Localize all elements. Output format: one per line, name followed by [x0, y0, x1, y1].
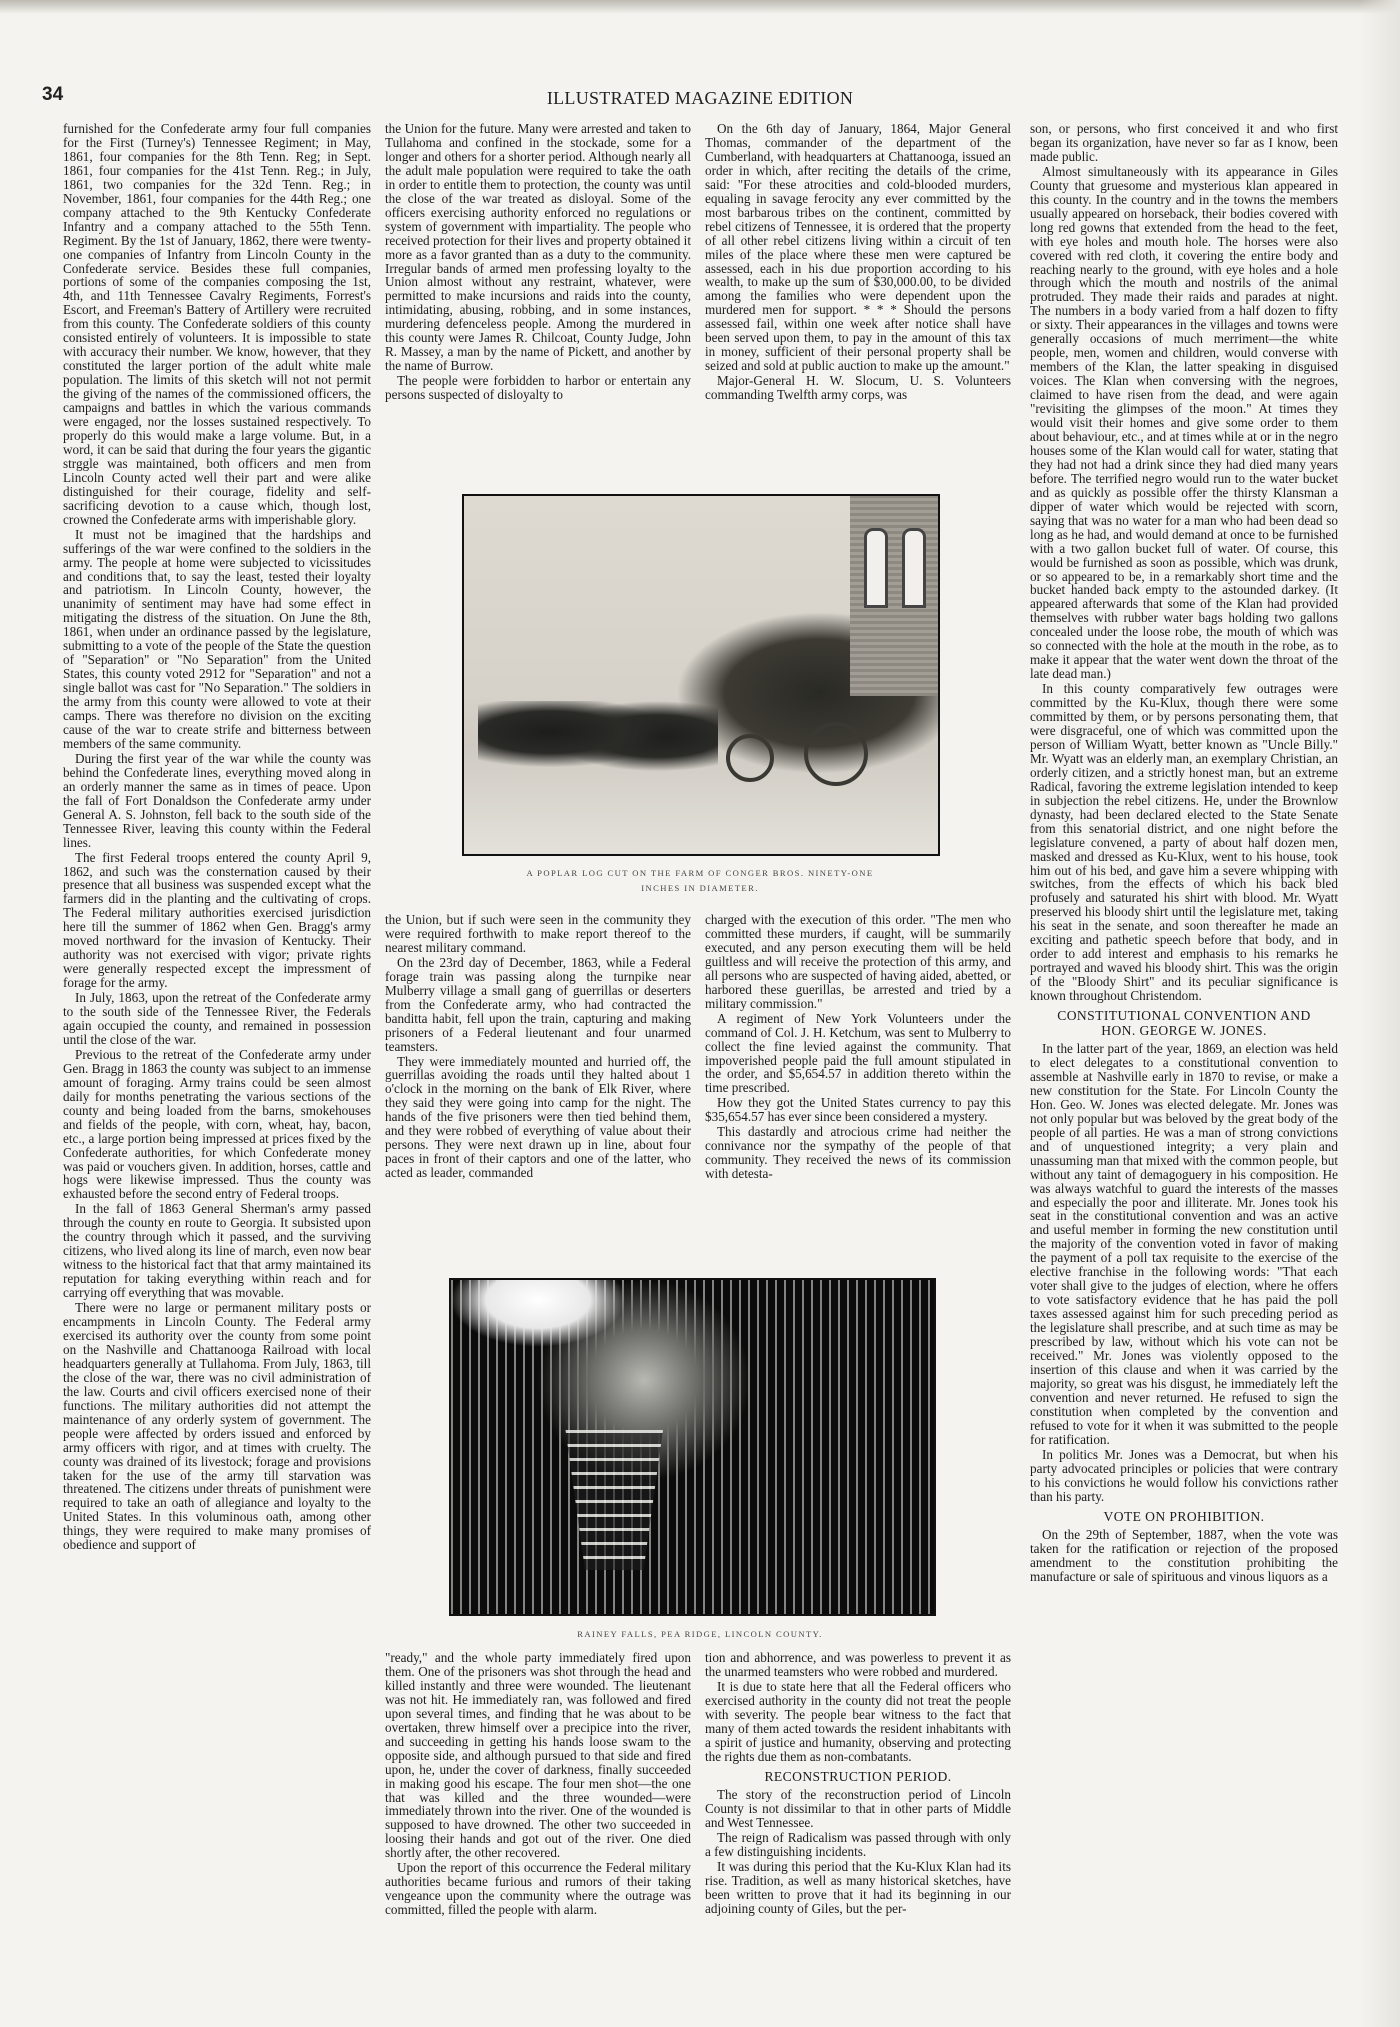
paragraph: Previous to the retreat of the Confedera… [63, 1048, 371, 1201]
heading-line: CONSTITUTIONAL CONVENTION AND [1057, 1008, 1311, 1023]
heading-line: HON. GEORGE W. JONES. [1101, 1023, 1267, 1038]
paragraph: On the 6th day of January, 1864, Major G… [705, 122, 1011, 373]
column-2-middle: the Union, but if such were seen in the … [385, 913, 691, 1180]
running-head: ILLUSTRATED MAGAZINE EDITION [0, 88, 1400, 109]
paragraph: The story of the reconstruction period o… [705, 1788, 1011, 1830]
section-heading-constitutional-convention: CONSTITUTIONAL CONVENTION AND HON. GEORG… [1030, 1009, 1338, 1038]
scan-edge-shadow [0, 0, 1400, 14]
paragraph: Major-General H. W. Slocum, U. S. Volunt… [705, 374, 1011, 402]
section-heading-vote-on-prohibition: VOTE ON PROHIBITION. [1030, 1510, 1338, 1525]
column-4: son, or persons, who first conceived it … [1030, 122, 1338, 1584]
rainey-falls-photo [449, 1278, 936, 1616]
column-3-bottom: tion and abhorrence, and was powerless t… [705, 1651, 1011, 1916]
paragraph: the Union, but if such were seen in the … [385, 913, 691, 955]
poplar-log-photo [462, 494, 940, 856]
arched-window [864, 528, 888, 608]
wagon-wheel [804, 722, 868, 786]
scan-edge-shading [1360, 0, 1400, 2027]
paragraph: Upon the report of this occurrence the F… [385, 1861, 691, 1917]
caption-line: INCHES IN DIAMETER. [380, 881, 1020, 896]
paragraph: In politics Mr. Jones was a Democrat, bu… [1030, 1448, 1338, 1504]
paragraph: It is due to state here that all the Fed… [705, 1680, 1011, 1764]
paragraph: "ready," and the whole party immediately… [385, 1651, 691, 1860]
paragraph: A regiment of New York Volunteers under … [705, 1012, 1011, 1096]
caption-line: A POPLAR LOG CUT ON THE FARM OF CONGER B… [380, 866, 1020, 881]
column-2-bottom: "ready," and the whole party immediately… [385, 1651, 691, 1917]
paragraph: The first Federal troops entered the cou… [63, 851, 371, 991]
paragraph: charged with the execution of this order… [705, 913, 1011, 1011]
horse-team [478, 701, 718, 779]
paragraph: Almost simultaneously with its appearanc… [1030, 165, 1338, 681]
column-1: furnished for the Confederate army four … [63, 122, 371, 1552]
column-2-top: the Union for the future. Many were arre… [385, 122, 691, 402]
column-3-middle: charged with the execution of this order… [705, 913, 1011, 1181]
paragraph: In the latter part of the year, 1869, an… [1030, 1042, 1338, 1447]
paragraph: In the fall of 1863 General Sherman's ar… [63, 1202, 371, 1300]
photo-caption: RAINEY FALLS, PEA RIDGE, LINCOLN COUNTY. [380, 1627, 1020, 1642]
paragraph: In July, 1863, upon the retreat of the C… [63, 991, 371, 1047]
paragraph: the Union for the future. Many were arre… [385, 122, 691, 373]
caption-line: RAINEY FALLS, PEA RIDGE, LINCOLN COUNTY. [380, 1627, 1020, 1642]
paragraph: They were immediately mounted and hurrie… [385, 1055, 691, 1181]
paragraph: On the 29th of September, 1887, when the… [1030, 1528, 1338, 1584]
arched-window [902, 528, 926, 608]
photo-caption: A POPLAR LOG CUT ON THE FARM OF CONGER B… [380, 866, 1020, 896]
brick-building [850, 496, 938, 696]
waterfall [546, 1430, 676, 1570]
paragraph: In this county comparatively few outrage… [1030, 682, 1338, 1003]
paragraph: On the 23rd day of December, 1863, while… [385, 956, 691, 1054]
paragraph: There were no large or permanent militar… [63, 1301, 371, 1552]
paragraph: furnished for the Confederate army four … [63, 122, 371, 527]
section-heading-reconstruction: RECONSTRUCTION PERIOD. [705, 1770, 1011, 1785]
paragraph: tion and abhorrence, and was powerless t… [705, 1651, 1011, 1679]
paragraph: son, or persons, who first conceived it … [1030, 122, 1338, 164]
paragraph: How they got the United States currency … [705, 1096, 1011, 1124]
paragraph: It must not be imagined that the hardshi… [63, 528, 371, 751]
paragraph: It was during this period that the Ku-Kl… [705, 1860, 1011, 1916]
paragraph: During the first year of the war while t… [63, 752, 371, 850]
paragraph: The reign of Radicalism was passed throu… [705, 1831, 1011, 1859]
paragraph: This dastardly and atrocious crime had n… [705, 1125, 1011, 1181]
wagon-wheel [726, 734, 774, 782]
paragraph: The people were forbidden to harbor or e… [385, 374, 691, 402]
column-3-top: On the 6th day of January, 1864, Major G… [705, 122, 1011, 402]
